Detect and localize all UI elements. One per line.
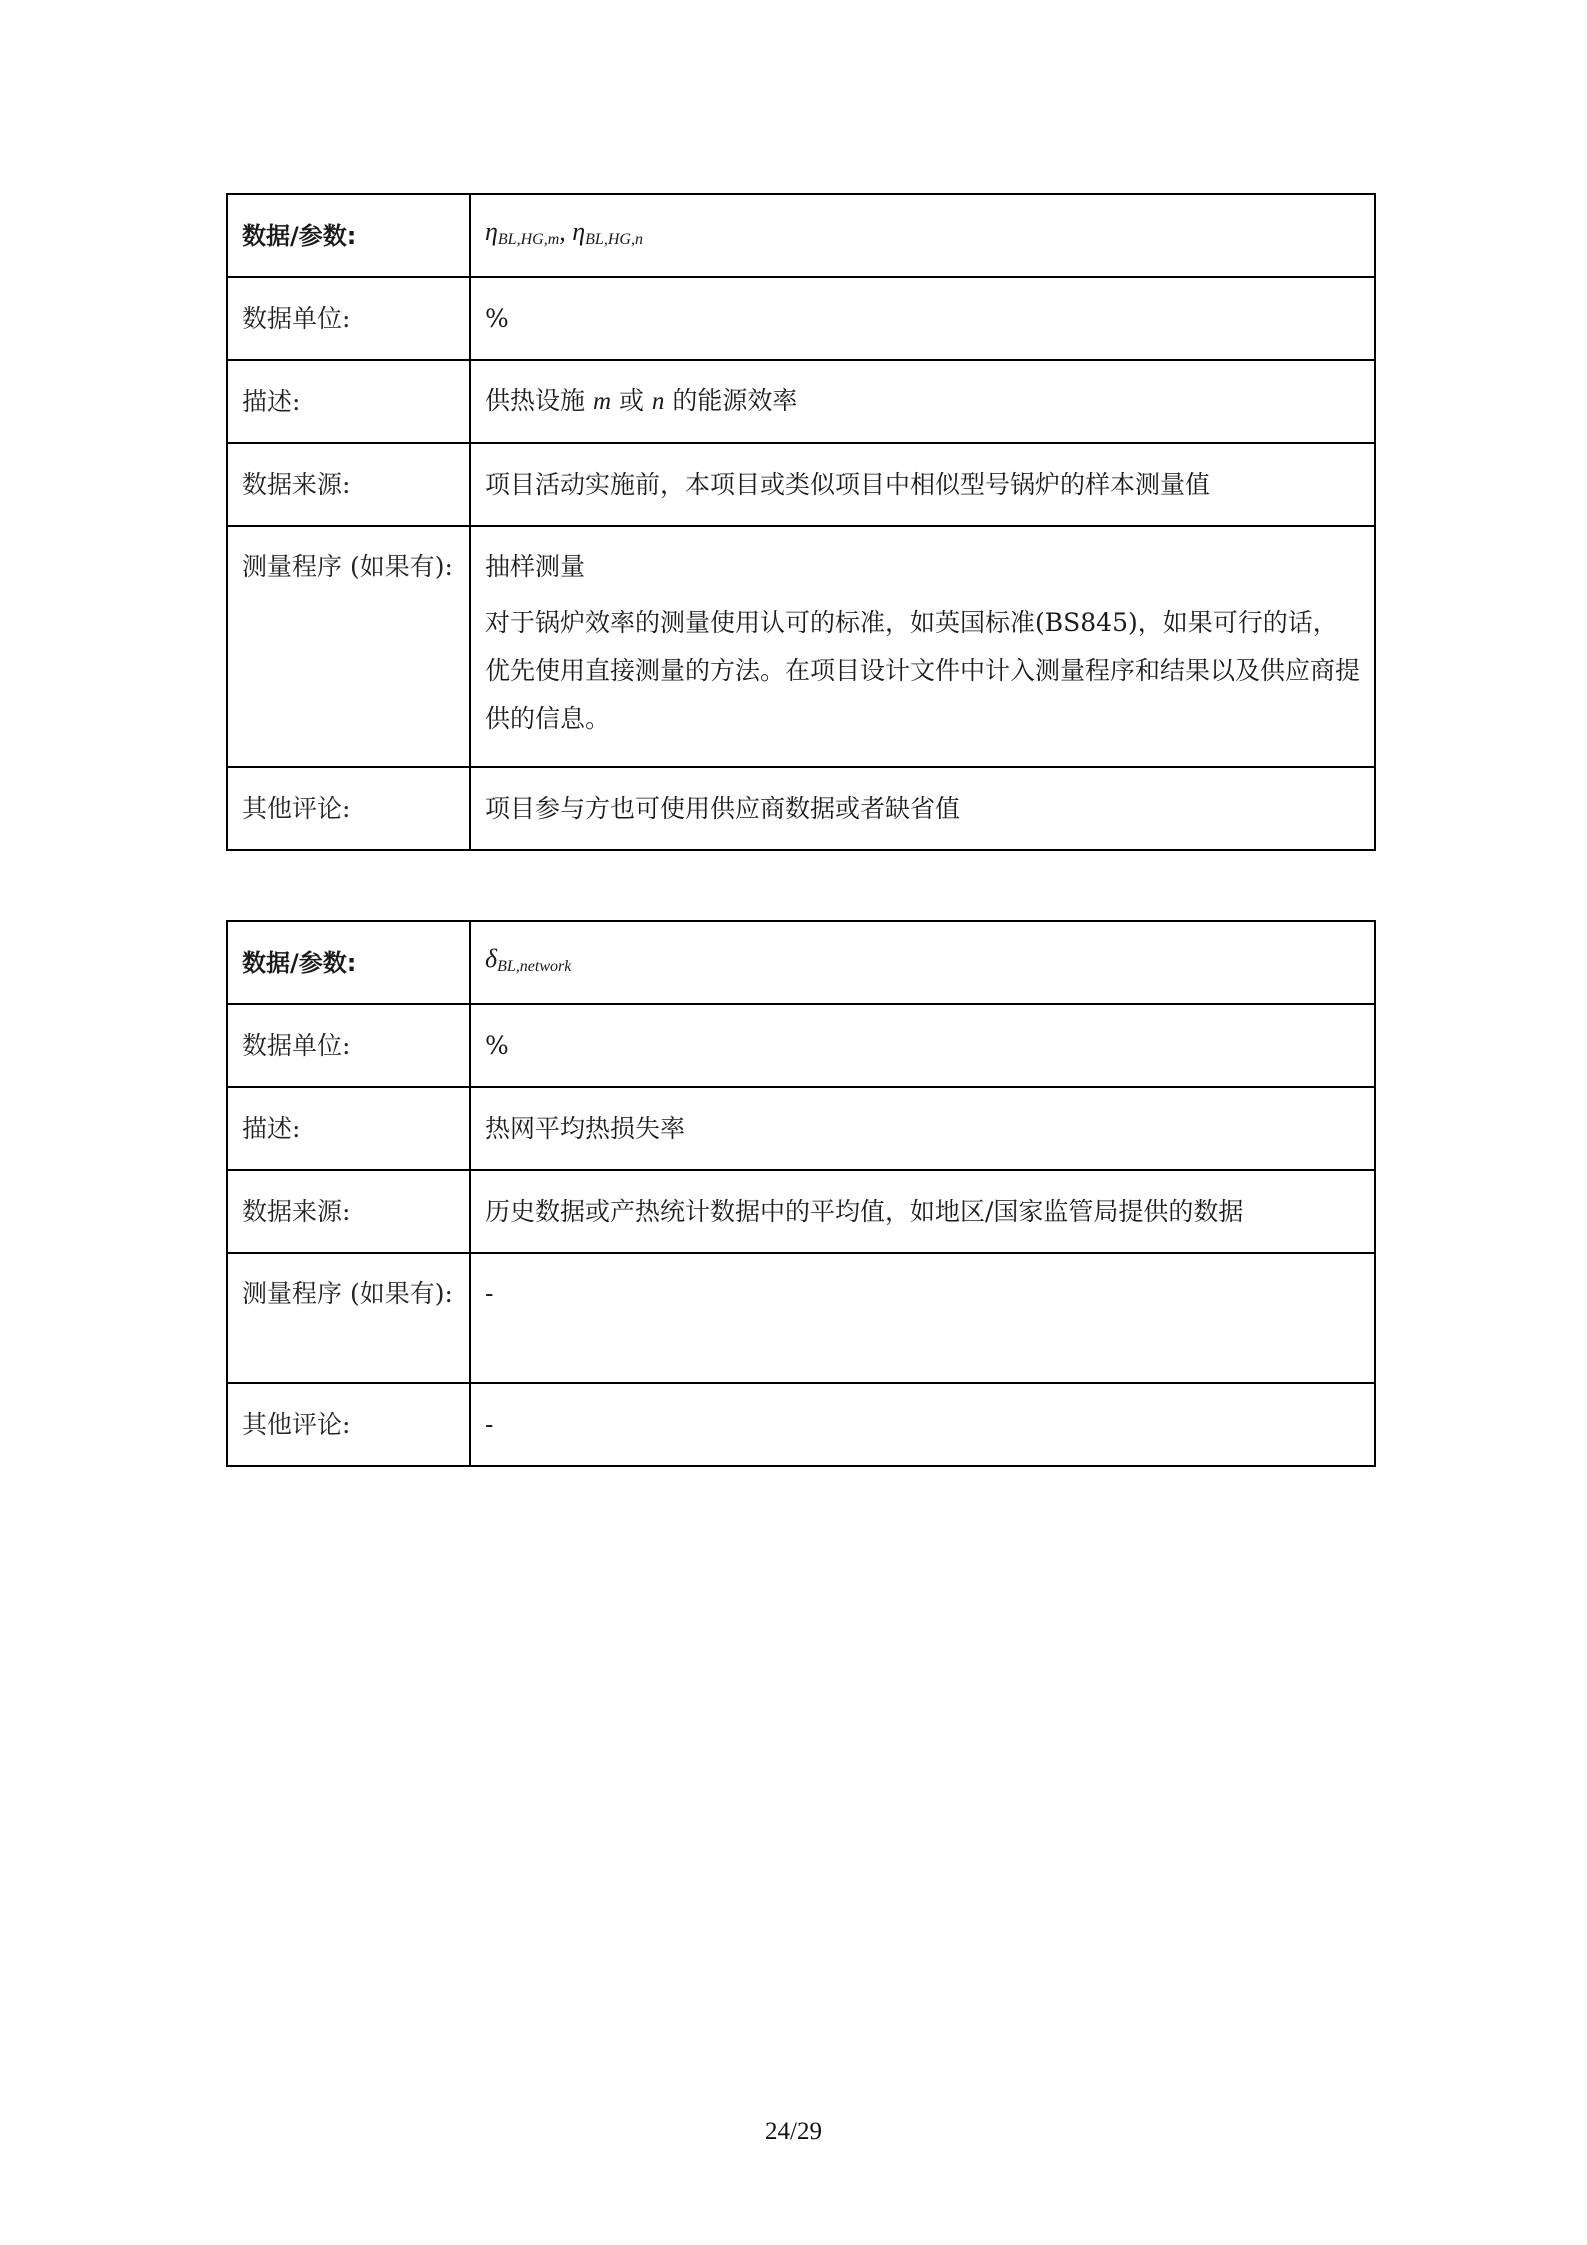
- description-label: 描述:: [242, 387, 300, 416]
- value-cell: 历史数据或产热统计数据中的平均值，如地区/国家监管局提供的数据: [470, 1170, 1375, 1253]
- value-cell: 供热设施 m 或 n 的能源效率: [470, 360, 1375, 443]
- label-cell: 其他评论:: [227, 767, 470, 850]
- measurement-procedure-value: -: [485, 1279, 493, 1308]
- row-measurement-procedure: 测量程序 (如果有): -: [227, 1253, 1375, 1383]
- procedure-paragraph: 对于锅炉效率的测量使用认可的标准，如英国标准(BS845)，如果可行的话，优先使…: [485, 599, 1360, 743]
- description-value: 热网平均热损失率: [485, 1114, 685, 1143]
- measurement-procedure-label: 测量程序 (如果有):: [242, 1279, 453, 1308]
- label-cell: 数据/参数:: [227, 194, 470, 277]
- label-cell: 描述:: [227, 1087, 470, 1170]
- other-comments-label: 其他评论:: [242, 1410, 350, 1439]
- label-cell: 测量程序 (如果有):: [227, 526, 470, 767]
- row-description: 描述: 供热设施 m 或 n 的能源效率: [227, 360, 1375, 443]
- label-cell: 数据单位:: [227, 1004, 470, 1087]
- label-cell: 数据单位:: [227, 277, 470, 360]
- row-data-source: 数据来源: 项目活动实施前，本项目或类似项目中相似型号锅炉的样本测量值: [227, 443, 1375, 526]
- row-other-comments: 其他评论: 项目参与方也可使用供应商数据或者缺省值: [227, 767, 1375, 850]
- row-unit: 数据单位: %: [227, 277, 1375, 360]
- row-data-source: 数据来源: 历史数据或产热统计数据中的平均值，如地区/国家监管局提供的数据: [227, 1170, 1375, 1253]
- row-unit: 数据单位: %: [227, 1004, 1375, 1087]
- param-symbol-eta-m: ηBL,HG,m: [485, 217, 559, 246]
- data-source-value: 历史数据或产热统计数据中的平均值，如地区/国家监管局提供的数据: [485, 1197, 1243, 1226]
- unit-value: %: [485, 1031, 509, 1060]
- data-source-value: 项目活动实施前，本项目或类似项目中相似型号锅炉的样本测量值: [485, 470, 1210, 499]
- data-source-label: 数据来源:: [242, 1197, 350, 1226]
- label-cell: 数据来源:: [227, 443, 470, 526]
- param-label: 数据/参数:: [242, 949, 356, 977]
- value-cell: %: [470, 277, 1375, 360]
- label-cell: 数据/参数:: [227, 921, 470, 1004]
- page-number: 24/29: [0, 2118, 1587, 2146]
- value-cell: 抽样测量 对于锅炉效率的测量使用认可的标准，如英国标准(BS845)，如果可行的…: [470, 526, 1375, 767]
- value-cell: 热网平均热损失率: [470, 1087, 1375, 1170]
- parameter-table-network-loss: 数据/参数: δBL,network 数据单位: % 描述: 热网平均热损失率 …: [226, 920, 1376, 1467]
- row-other-comments: 其他评论: -: [227, 1383, 1375, 1466]
- unit-label: 数据单位:: [242, 1031, 350, 1060]
- label-cell: 测量程序 (如果有):: [227, 1253, 470, 1383]
- value-cell: -: [470, 1383, 1375, 1466]
- other-comments-label: 其他评论:: [242, 794, 350, 823]
- symbol-separator: ,: [559, 217, 572, 246]
- row-parameter: 数据/参数: ηBL,HG,m, ηBL,HG,n: [227, 194, 1375, 277]
- param-symbol-delta: δBL,network: [485, 944, 571, 973]
- value-cell: 项目参与方也可使用供应商数据或者缺省值: [470, 767, 1375, 850]
- unit-value: %: [485, 304, 509, 333]
- value-cell: -: [470, 1253, 1375, 1383]
- row-description: 描述: 热网平均热损失率: [227, 1087, 1375, 1170]
- data-source-label: 数据来源:: [242, 470, 350, 499]
- unit-label: 数据单位:: [242, 304, 350, 333]
- other-comments-value: -: [485, 1410, 493, 1439]
- parameter-table-boiler-efficiency: 数据/参数: ηBL,HG,m, ηBL,HG,n 数据单位: % 描述: 供热…: [226, 193, 1376, 851]
- param-label: 数据/参数:: [242, 222, 356, 250]
- label-cell: 描述:: [227, 360, 470, 443]
- value-cell: ηBL,HG,m, ηBL,HG,n: [470, 194, 1375, 277]
- measurement-procedure-label: 测量程序 (如果有):: [242, 552, 453, 581]
- description-label: 描述:: [242, 1114, 300, 1143]
- procedure-paragraph: 抽样测量: [485, 543, 1360, 591]
- value-cell: δBL,network: [470, 921, 1375, 1004]
- label-cell: 其他评论:: [227, 1383, 470, 1466]
- param-symbol-eta-n: ηBL,HG,n: [572, 217, 643, 246]
- row-parameter: 数据/参数: δBL,network: [227, 921, 1375, 1004]
- row-measurement-procedure: 测量程序 (如果有): 抽样测量 对于锅炉效率的测量使用认可的标准，如英国标准(…: [227, 526, 1375, 767]
- description-value: 供热设施 m 或 n 的能源效率: [485, 386, 797, 415]
- value-cell: 项目活动实施前，本项目或类似项目中相似型号锅炉的样本测量值: [470, 443, 1375, 526]
- other-comments-value: 项目参与方也可使用供应商数据或者缺省值: [485, 794, 960, 823]
- label-cell: 数据来源:: [227, 1170, 470, 1253]
- value-cell: %: [470, 1004, 1375, 1087]
